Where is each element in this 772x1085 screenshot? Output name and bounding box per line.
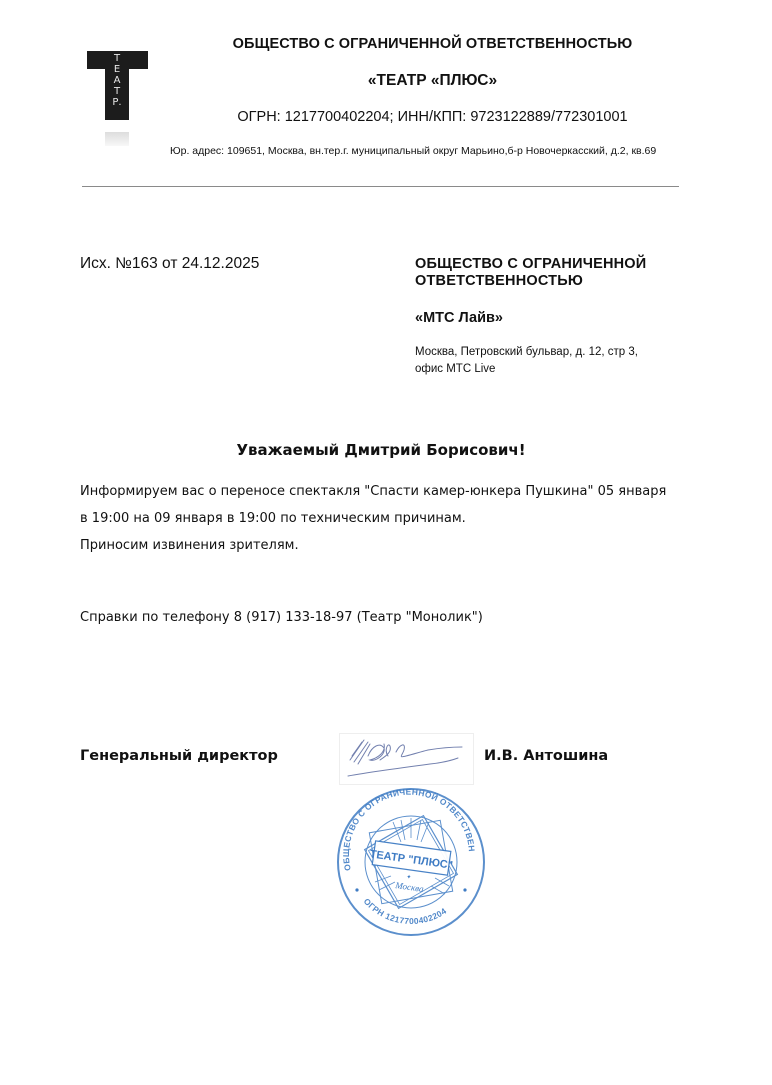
logo-letter: Т — [114, 53, 120, 64]
handwritten-signature-icon — [339, 733, 474, 785]
logo-reflection — [105, 132, 129, 146]
recipient-block: ОБЩЕСТВО С ОГРАНИЧЕННОЙ ОТВЕТСТВЕННОСТЬЮ… — [415, 256, 715, 378]
letterhead-legal-address: Юр. адрес: 109651, Москва, вн.тер.г. мун… — [170, 145, 690, 157]
letter-body: Информируем вас о переносе спектакля "Сп… — [80, 478, 700, 559]
recipient-address: Москва, Петровский бульвар, д. 12, стр 3… — [415, 344, 715, 378]
recipient-org-type-line: ОТВЕТСТВЕННОСТЬЮ — [415, 273, 715, 290]
logo-letter: Р. — [112, 97, 121, 108]
salutation: Уважаемый Дмитрий Борисович! — [0, 441, 762, 459]
recipient-org-type-line: ОБЩЕСТВО С ОГРАНИЧЕННОЙ — [415, 256, 715, 273]
signatory-name: И.В. Антошина — [484, 748, 608, 764]
logo-letter: Е — [114, 64, 120, 75]
contact-reference: Справки по телефону 8 (917) 133-18-97 (Т… — [80, 610, 483, 625]
body-line: Приносим извинения зрителям. — [80, 532, 700, 559]
stamp-city: Москва — [394, 880, 425, 894]
theatre-logo: Т Е А Т Р. — [86, 50, 150, 150]
letterhead-org-name: «ТЕАТР «ПЛЮС» — [160, 72, 705, 90]
recipient-org-name: «МТС Лайв» — [415, 310, 715, 326]
logo-letter: Т — [114, 86, 120, 97]
svg-text:✦: ✦ — [406, 874, 412, 882]
letterhead-org-type: ОБЩЕСТВО С ОГРАНИЧЕННОЙ ОТВЕТСТВЕННОСТЬЮ — [160, 36, 705, 52]
recipient-address-line: Москва, Петровский бульвар, д. 12, стр 3… — [415, 344, 715, 361]
recipient-address-line: офис МТС Live — [415, 361, 715, 378]
letterhead-registration-ids: ОГРН: 1217700402204; ИНН/КПП: 9723122889… — [160, 109, 705, 125]
body-line: в 19:00 на 09 января в 19:00 по техничес… — [80, 505, 700, 532]
letterhead-divider — [82, 186, 679, 187]
logo-letter: А — [114, 75, 121, 86]
signatory-title: Генеральный директор — [80, 748, 278, 764]
recipient-org-type: ОБЩЕСТВО С ОГРАНИЧЕННОЙ ОТВЕТСТВЕННОСТЬЮ — [415, 256, 715, 290]
outgoing-reference: Исх. №163 от 24.12.2025 — [80, 255, 259, 273]
theatre-t-logo-icon: Т Е А Т Р. — [105, 53, 129, 119]
body-line: Информируем вас о переносе спектакля "Сп… — [80, 478, 700, 505]
company-seal-icon: ОБЩЕСТВО С ОГРАНИЧЕННОЙ ОТВЕТСТВЕННОСТЬЮ… — [335, 786, 487, 938]
